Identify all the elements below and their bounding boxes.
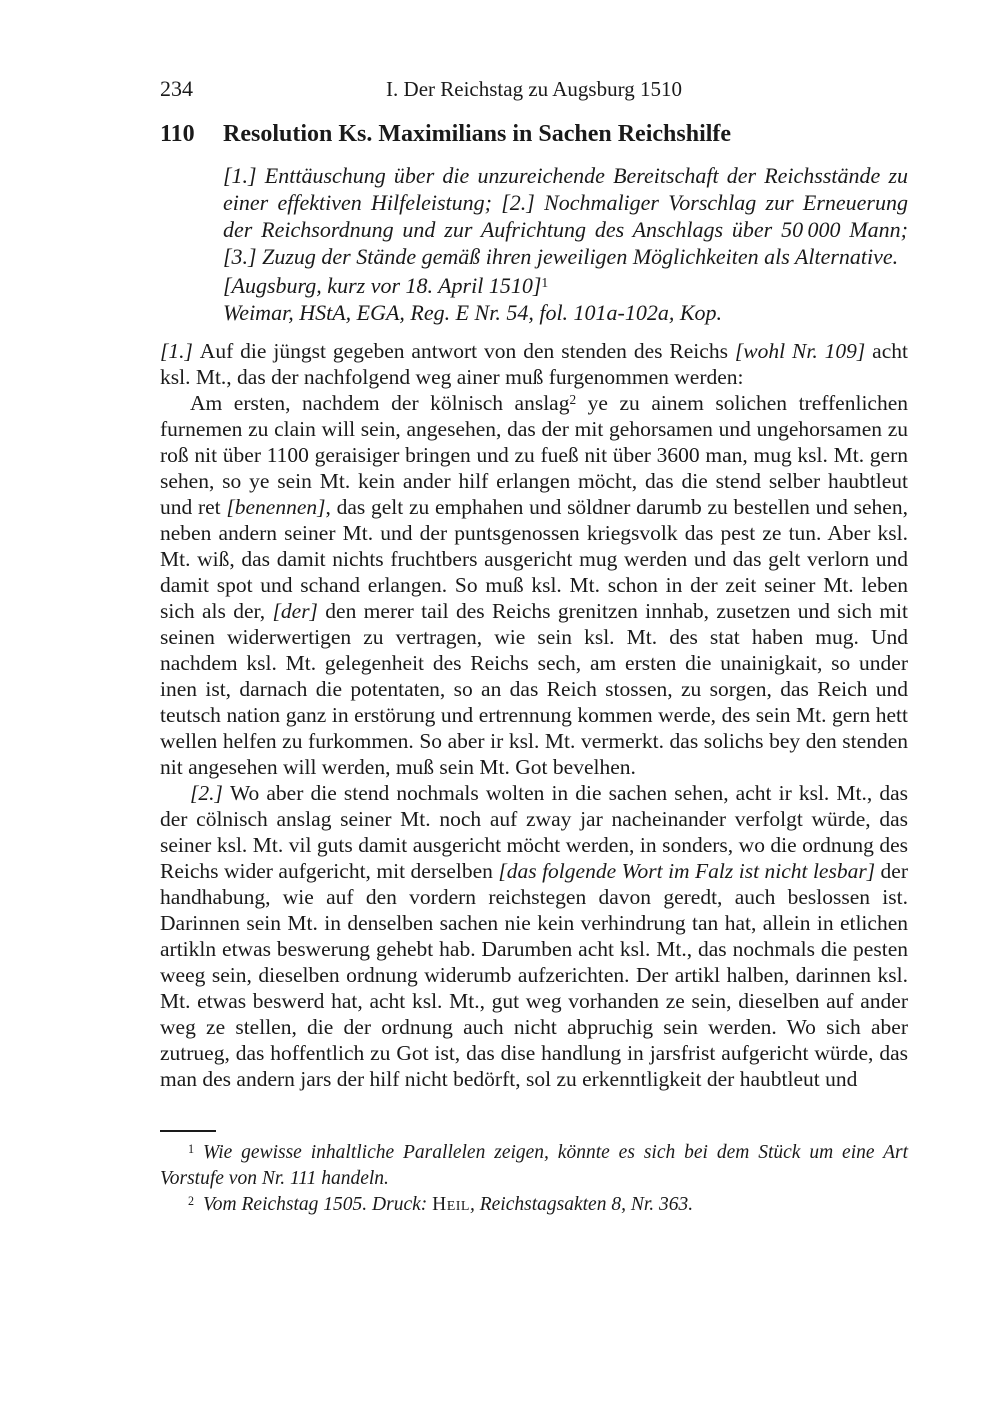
running-head: I. Der Reichstag zu Augsburg 1510: [160, 78, 908, 100]
footnote-ref-2: 2: [569, 392, 576, 407]
text-run: Auf die jüngst gegeben antwort von den s…: [200, 339, 735, 363]
footnotes: 1Wie gewisse inhaltliche Parallelen zeig…: [160, 1140, 908, 1218]
dateline-text: [Augsburg, kurz vor 18. April 1510]: [223, 273, 541, 298]
footnote: 1Wie gewisse inhaltliche Parallelen zeig…: [160, 1140, 908, 1192]
regest-text: [1.] Enttäuschung über die unzureichende…: [223, 163, 908, 269]
editorial-note: [benennen]: [226, 495, 325, 519]
footnote-text: , Reichstagsakten 8, Nr. 363.: [470, 1194, 693, 1215]
footnote-divider: [160, 1130, 216, 1132]
editorial-note: [der]: [273, 599, 318, 623]
document-title: Resolution Ks. Maximilians in Sachen Rei…: [223, 120, 908, 148]
text-run: den merer tail des Reichs grenitzen innh…: [160, 599, 908, 779]
text-run: der handhabung, wie auf den vordern reic…: [160, 859, 908, 1091]
page-header: 234 I. Der Reichstag zu Augsburg 1510: [160, 78, 908, 102]
body-paragraph: [1.] Auf die jüngst gegeben antwort von …: [160, 338, 908, 390]
body-paragraph: Am ersten, nachdem der kölnisch anslag2 …: [160, 390, 908, 780]
document-number: 110: [160, 120, 223, 148]
footnote-text: Wie gewisse inhaltliche Parallelen zeige…: [160, 1142, 908, 1189]
footnote: 2Vom Reichstag 1505. Druck: Heil, Reichs…: [160, 1192, 908, 1218]
editorial-note: [das folgende Wort im Falz ist nicht les…: [498, 859, 875, 883]
body-paragraph: [2.] Wo aber die stend nochmals wolten i…: [160, 780, 908, 1092]
footnote-number-2: 2: [188, 1194, 194, 1208]
author-name-smallcaps: Heil: [432, 1194, 470, 1215]
section-marker: [2.]: [190, 781, 230, 805]
page-number: 234: [160, 78, 193, 100]
footnote-text: Vom Reichstag 1505. Druck:: [203, 1194, 432, 1215]
section-marker: [1.]: [160, 339, 200, 363]
summary-regest: [1.] Enttäuschung über die unzureichende…: [223, 162, 908, 270]
source-line: Weimar, HStA, EGA, Reg. E Nr. 54, fol. 1…: [223, 299, 908, 326]
footnote-ref-1: 1: [541, 275, 548, 290]
book-page: 234 I. Der Reichstag zu Augsburg 1510 11…: [0, 0, 1004, 1418]
dateline: [Augsburg, kurz vor 18. April 1510]1: [223, 272, 908, 299]
document-body: [1.] Auf die jüngst gegeben antwort von …: [160, 338, 908, 1092]
footnote-number-1: 1: [188, 1142, 194, 1156]
text-run: Am ersten, nachdem der kölnisch anslag: [190, 391, 569, 415]
editorial-note: [wohl Nr. 109]: [735, 339, 865, 363]
document-heading: 110 Resolution Ks. Maximilians in Sachen…: [160, 120, 908, 148]
